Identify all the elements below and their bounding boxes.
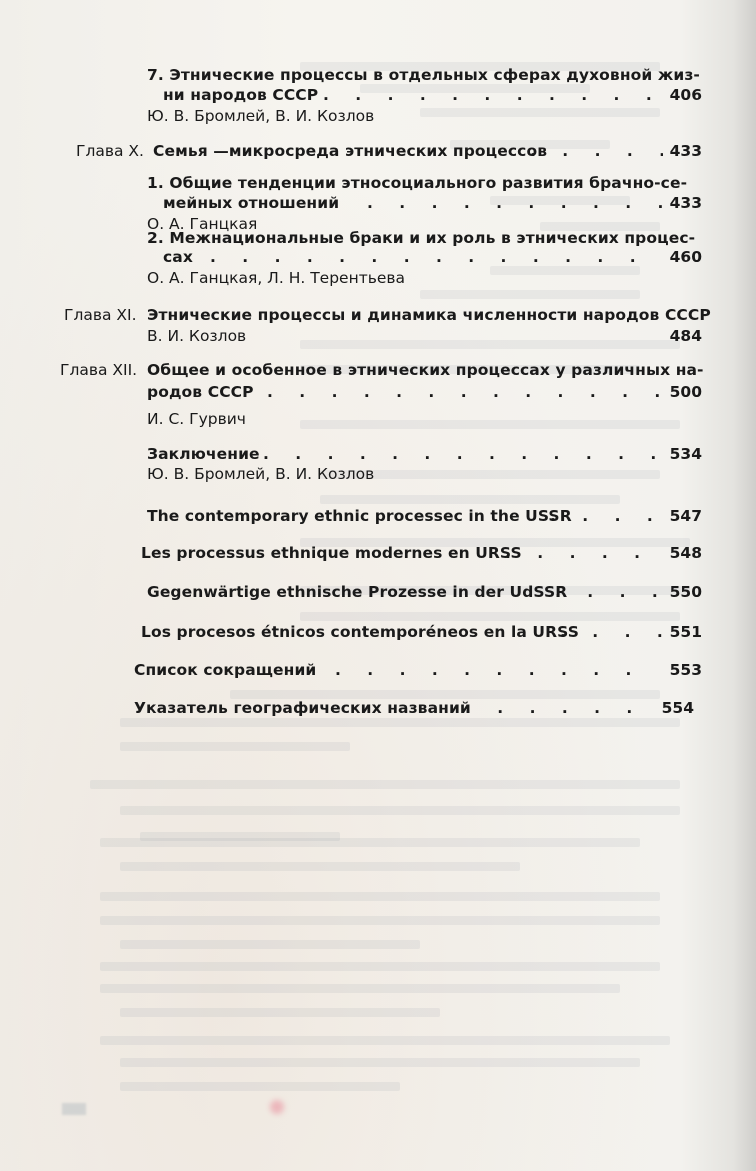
page-number: 534 xyxy=(670,444,702,464)
chapter-label: Глава XII. xyxy=(60,360,137,380)
page-number: 433 xyxy=(670,193,702,213)
leader-dots: . . . . . . . . . . . . . . . . . . . . … xyxy=(505,543,663,563)
leader-dots: . . . . . . . . . . . . . . . . . . . . … xyxy=(263,444,663,464)
entry-author: Ю. В. Бромлей, В. И. Козлов xyxy=(147,106,374,126)
entry-title-cont: родов СССР xyxy=(147,382,254,402)
entry-title: Этнические процессы и динамика численнос… xyxy=(147,305,711,325)
page-number: 500 xyxy=(670,382,702,402)
entry-title: 1. Общие тенденции этносоциального разви… xyxy=(147,173,687,193)
page-number: 554 xyxy=(662,698,694,718)
entry-title-cont: мейных отношений xyxy=(163,193,339,213)
page-number: 553 xyxy=(670,660,702,680)
ink-stain xyxy=(270,1100,284,1114)
chapter-label: Глава X. xyxy=(76,141,144,161)
page-number: 460 xyxy=(670,247,702,267)
entry-title: Gegenwärtige ethnische Prozesse in der U… xyxy=(147,582,567,602)
leader-dots: . . . . . . . . . . . . . . . . . . . . … xyxy=(465,698,655,718)
entry-author: И. С. Гурвич xyxy=(147,409,246,429)
entry-author: Ю. В. Бромлей, В. И. Козлов xyxy=(147,464,374,484)
entry-title: 7. Этнические процессы в отдельных сфера… xyxy=(147,65,700,85)
entry-title: Les processus ethnique modernes en URSS xyxy=(141,543,522,563)
scanned-page: 7. Этнические процессы в отдельных сфера… xyxy=(0,0,756,1171)
leader-dots: . . . . . . . . . . . . . . . . . . . . … xyxy=(550,506,663,526)
leader-dots: . . . . . . . . . . . . . . . . . . . . … xyxy=(267,382,663,402)
page-number: 484 xyxy=(670,326,702,346)
entry-title: Указатель географических названий xyxy=(134,698,471,718)
entry-title-cont: сах xyxy=(163,247,193,267)
entry-title: Заключение xyxy=(147,444,260,464)
page-number: 551 xyxy=(670,622,702,642)
entry-title: Los procesos étnicos contemporéneos en l… xyxy=(141,622,579,642)
page-number: 550 xyxy=(670,582,702,602)
leader-dots: . . . . . . . . . . . . . . . . . . . . … xyxy=(530,141,663,161)
leader-dots: . . . . . . . . . . . . . . . . . . . . … xyxy=(335,660,635,680)
chapter-label: Глава XI. xyxy=(64,305,137,325)
page-number: 433 xyxy=(670,141,702,161)
entry-title: Семья —микросреда этнических процессов xyxy=(153,141,547,161)
entry-author: В. И. Козлов xyxy=(147,326,246,346)
entry-title-cont: ни народов СССР xyxy=(163,85,318,105)
page-number: 406 xyxy=(670,85,702,105)
entry-title: The contemporary ethnic processec in the… xyxy=(147,506,572,526)
leader-dots: . . . . . . . . . . . . . . . . . . . . … xyxy=(367,193,663,213)
entry-title: Список сокращений xyxy=(134,660,316,680)
page-number: 547 xyxy=(670,506,702,526)
leader-dots: . . . . . . . . . . . . . . . . . . . . … xyxy=(323,85,663,105)
page-number: 548 xyxy=(670,543,702,563)
leader-dots: . . . . . . . . . . . . . . . . . . . . … xyxy=(555,582,663,602)
leader-dots: . . . . . . . . . . . . . . . . . . . . … xyxy=(210,247,663,267)
leader-dots: . . . . . . . . . . . . . . . . . . . . … xyxy=(560,622,663,642)
entry-title: Общее и особенное в этнических процессах… xyxy=(147,360,704,380)
entry-author: О. А. Ганцкая, Л. Н. Терентьева xyxy=(147,268,405,288)
entry-title: 2. Межнациональные браки и их роль в этн… xyxy=(147,228,695,248)
